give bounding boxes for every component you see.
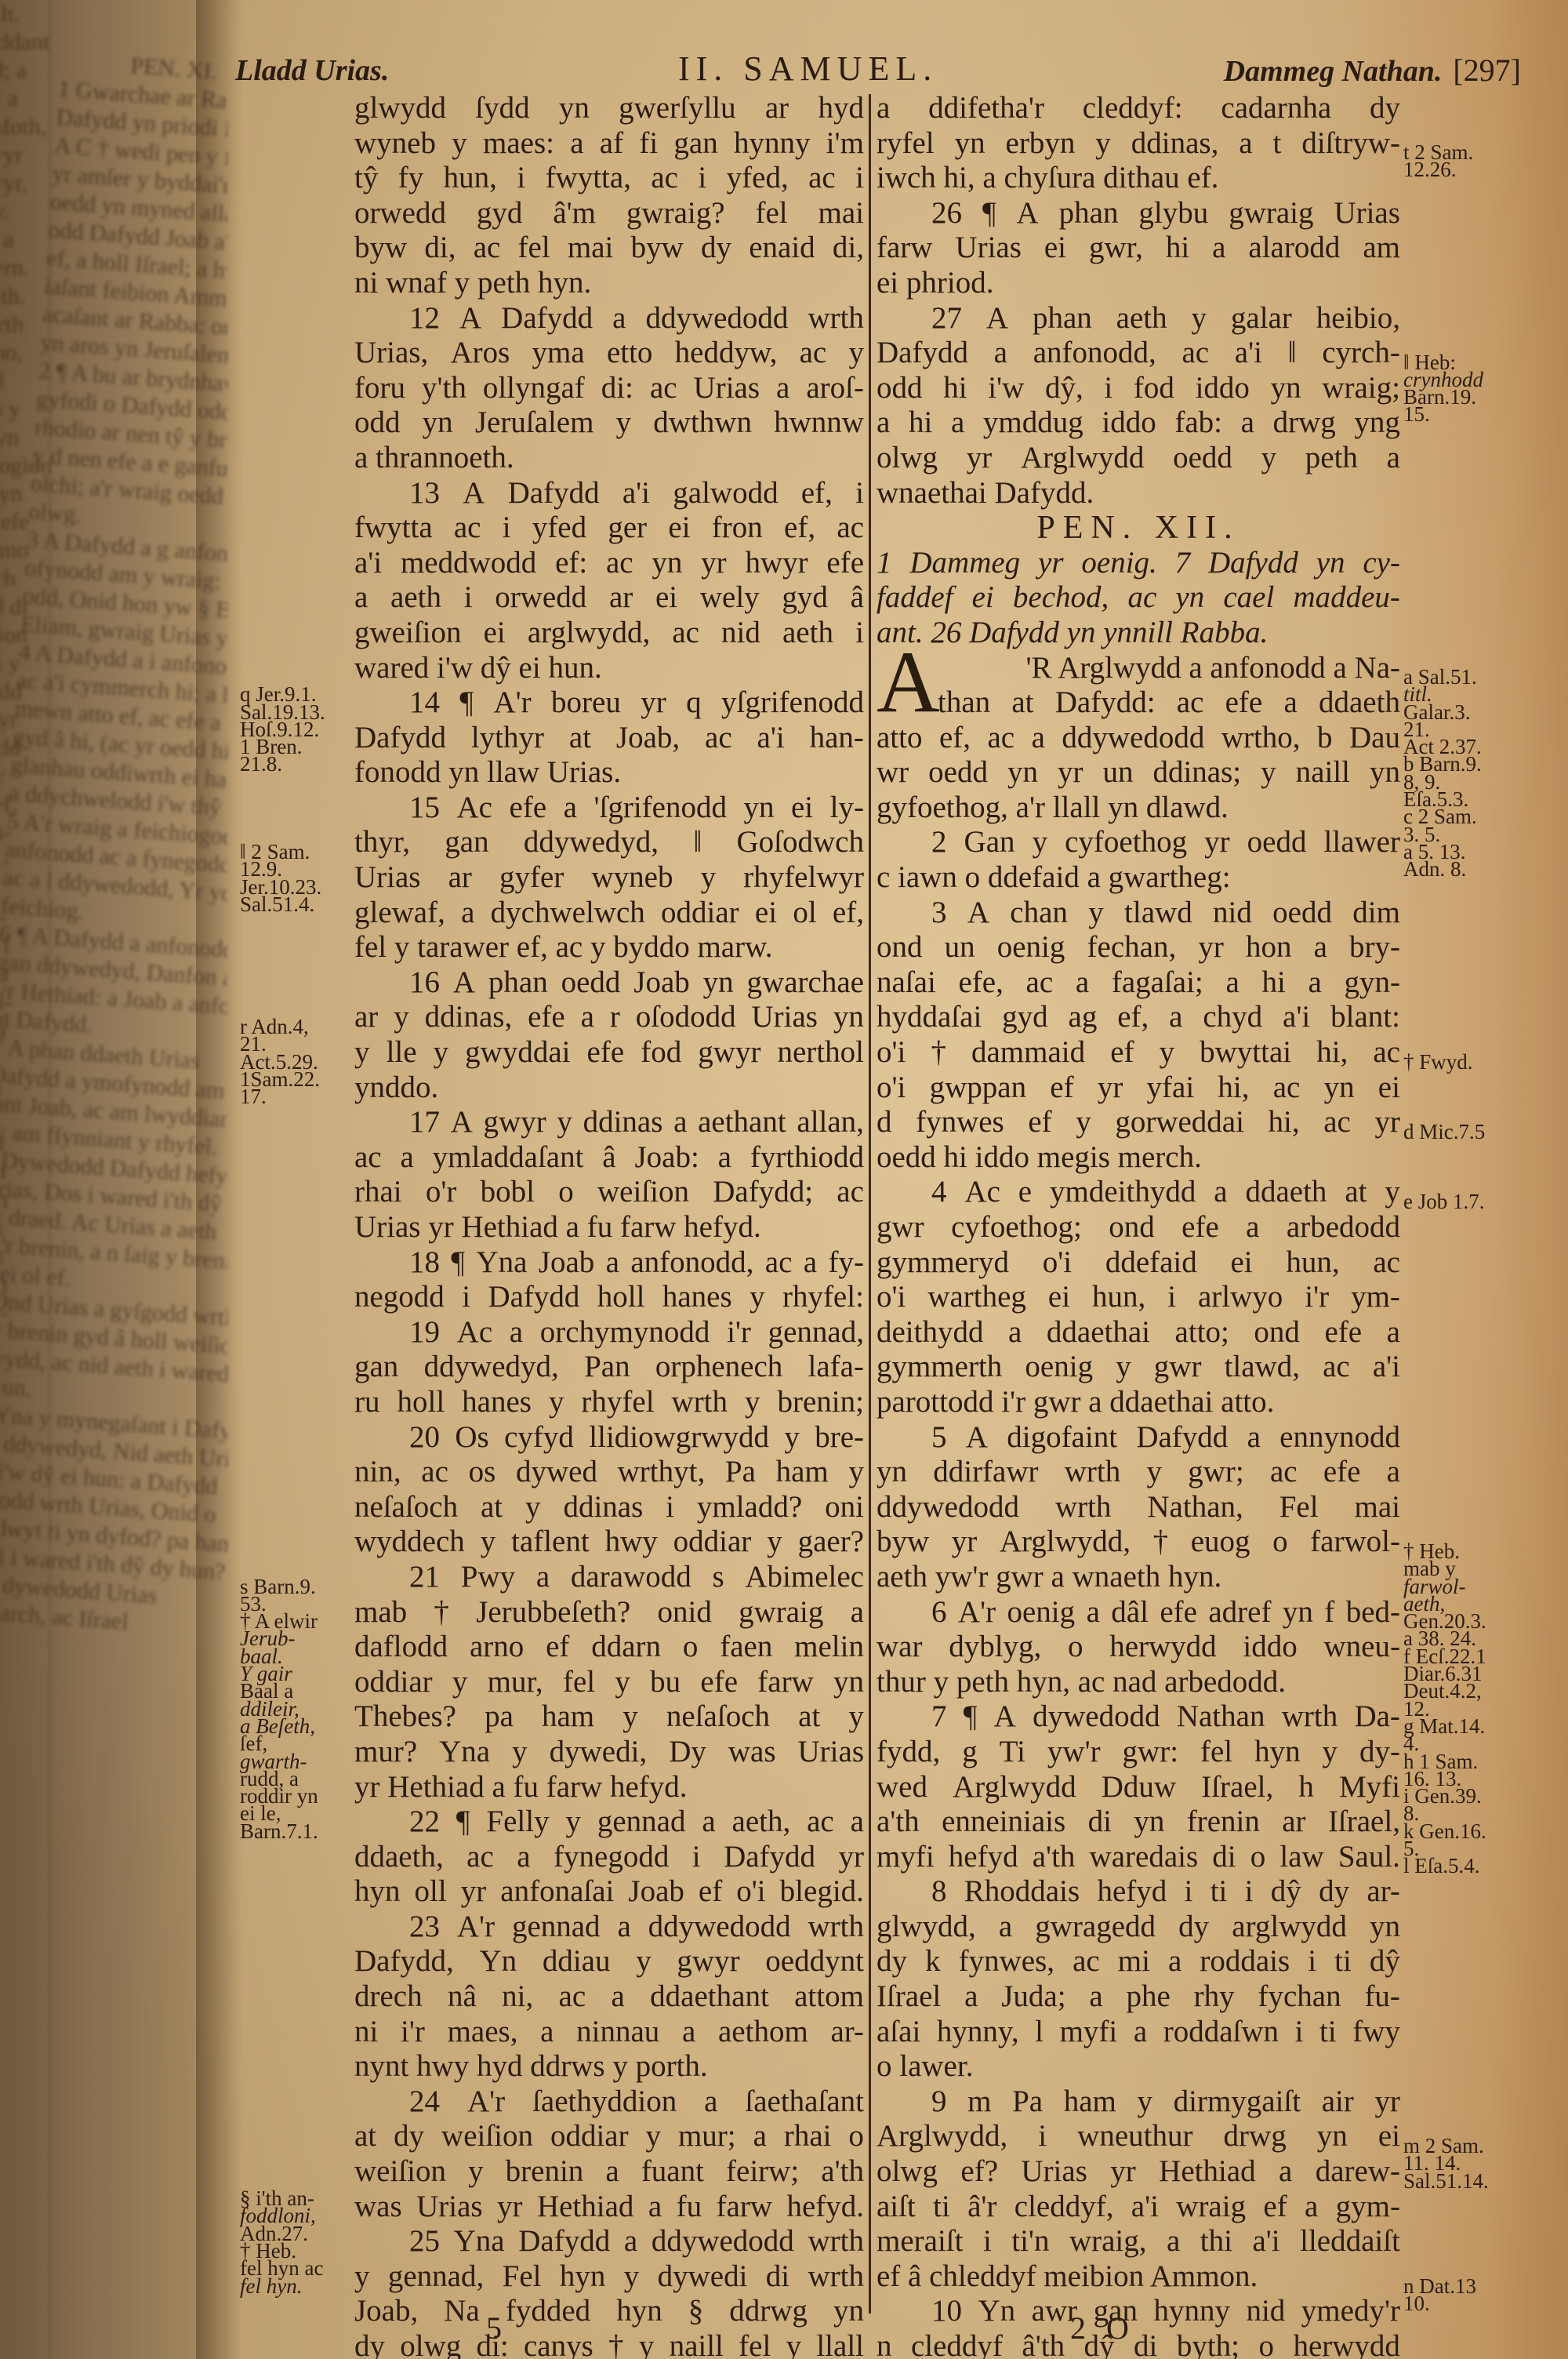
text-line: IſraelaJuda;apherhyfychanfu- [877, 1979, 1400, 2015]
text-line: 6A'roenigadâlefeadrefynfbed- [877, 1595, 1400, 1630]
text-line: 23A'rgennadaddywedoddwrth [354, 1910, 864, 1945]
text-line: drechnâni,acaddaethantattom [354, 1979, 864, 2015]
text-line: aryddinas,efearoſododdUriasyn [354, 1000, 864, 1035]
text-line: yr Hethiad a fu farw hefyd. [354, 1770, 864, 1805]
text-line: 10Ynawrganhynnynidymedy'r [877, 2294, 1400, 2329]
facing-text-fragment: wyr. [0, 198, 47, 226]
running-head-left: Lladd Urias. [235, 53, 389, 88]
text-line: 5AdigofaintDafyddaennynodd [877, 1420, 1400, 1456]
text-line: myfihefyda'thwaredaisdiolawSaul. [877, 1840, 1400, 1875]
margin-reference: Sal.51.14. [1403, 2172, 1489, 2190]
margin-reference: e Job 1.7. [1403, 1193, 1485, 1210]
text-line: ni wnaf y peth hyn. [354, 266, 864, 301]
margin-reference: fel hyn. [240, 2277, 302, 2295]
margin-reference: 10. [1403, 2295, 1430, 2312]
text-line: 15Acefea'ſgrifenoddyneily- [354, 791, 864, 826]
text-line: weiſionybreninafuantfeirw;a'th [354, 2154, 864, 2190]
chapter-heading: PEN. XII. [877, 511, 1400, 546]
facing-text-fragment: t ac a [0, 85, 47, 113]
text-line: 25YnaDafyddaddywedoddwrth [354, 2224, 864, 2259]
facing-text-fragment: cych. [0, 0, 47, 28]
text-line: oedd hi iddo megis merch. [877, 1140, 1400, 1176]
text-line: 21PwyadarawoddsAbimelec [354, 1560, 864, 1595]
text-line: foruy'thollyngafdi:acUriasaaroſ- [354, 371, 864, 406]
text-line: atdyweiſionoddiarymur;arhaio [354, 2119, 864, 2154]
text-line: a'imeddwoddef:acynyrhwyrefe [354, 546, 864, 581]
facing-text-fragment: ddyrn. [0, 254, 47, 282]
running-head-right-title: Dammeg Nathan. [1224, 55, 1443, 88]
text-line: wroeddynyrunddinas;ynaillyn [877, 755, 1400, 791]
text-line: 17Agwyryddinasaaethantallan, [354, 1105, 864, 1140]
text-line: nin,acosdywedwrthyt,Pahamy [354, 1455, 864, 1490]
text-line: fwyttaaciyfedgereifronef,ac [354, 511, 864, 546]
text-line: o'iwarthegeihun,iarlwyoi'rym- [877, 1280, 1400, 1315]
text-line: hyddaſaigydagef,achyda'iblant: [877, 1000, 1400, 1035]
text-line: o'i†dammaidefybwyttaihi,ac [877, 1035, 1400, 1070]
text-line: glewaf,adychwelwchoddiareiolef, [354, 896, 864, 931]
text-line: ddaeth,acafynegoddiDafyddyr [354, 1840, 864, 1875]
text-line: meraiſtiti'nwraig,athia'illeddaiſt [877, 2224, 1400, 2259]
text-line: Dafydd,Ynddiauygwyroeddynt [354, 1944, 864, 1979]
text-line: thur y peth hyn, ac nad arbedodd. [877, 1665, 1400, 1700]
margin-reference: Sal.51.4. [240, 896, 314, 913]
margin-reference: Adn. 8. [1403, 860, 1466, 878]
text-line: naſaiefe,acafagaſai;ahiagyn- [877, 965, 1400, 1001]
text-line: glwyddſyddyngwerſylluarhyd [354, 91, 864, 126]
text-line: iwch hi, a chyſura dithau ef. [877, 161, 1400, 196]
facing-text-fragment: ddd; a [0, 56, 47, 85]
text-line: 8Rhoddaishefyditiidŷdyar- [877, 1874, 1400, 1910]
text-line: neſaſochatyddinasiymladd?oni [354, 1490, 864, 1525]
text-line: ahiaymddugiddofab:adrwgyng [877, 405, 1400, 441]
text-line: c iawn o ddefaid a gwartheg: [877, 860, 1400, 896]
text-line: gymmerthoenigygwrtlawd,aca'i [877, 1350, 1400, 1385]
text-line: dykfynwes,acmiaroddaisitidŷ [877, 1944, 1400, 1979]
text-line: wardyblyg,oherwyddiddowneu- [877, 1630, 1400, 1665]
text-line: aiſttiâ'rcleddyf,a'iwraigefagym- [877, 2190, 1400, 2225]
text-line: addifetha'rcleddyf:cadarnhady [877, 91, 1400, 126]
text-line: 12ADafyddaddywedoddwrth [354, 301, 864, 336]
text-line: 27Aphanaethygalarheibio, [877, 301, 1400, 336]
text-line: fydd,gTiyw'rgwr:felhynydy- [877, 1735, 1400, 1770]
margin-reference: 12.26. [1403, 161, 1457, 178]
margin-reference: 15. [1403, 405, 1430, 423]
margin-reference: 17. [240, 1088, 267, 1105]
margin-reference: Barn.7.1. [240, 1823, 318, 1840]
right-text-column: addifetha'rcleddyf:cadarnhadyryfelynerby… [877, 91, 1400, 2359]
text-line: dyolwgdi:canys†ynaillfelyllall [354, 2329, 864, 2359]
text-line: Urias yr Hethiad a fu farw hefyd. [354, 1210, 864, 1245]
text-line: aſaihynny,lmyfiaroddaſwnitifwy [877, 2015, 1400, 2050]
facing-text-fragment: haeth. [0, 282, 47, 311]
text-line: ncleddyfâ'thdŷdibyth;oherwydd [877, 2329, 1400, 2359]
text-line: wyddechytaflenthwyoddiarygaer? [354, 1525, 864, 1560]
text-line: ynddo. [354, 1070, 864, 1106]
text-line: Thebes?pahamyneſaſochaty [354, 1699, 864, 1735]
text-line: ganddywedyd,Panorphenechlafa- [354, 1350, 864, 1385]
text-line: gweiſioneiarglwydd,acnidaethi [354, 616, 864, 651]
text-line: orweddgydâ'mgwraig?felmai [354, 196, 864, 231]
facing-page: cych.wyddantddd; at ac aychfoth,o wyro w… [0, 0, 227, 2359]
text-line: nii'rmaes,aninnauaaethomar- [354, 2015, 864, 2050]
text-line: ylleygwyddaiefefodgwyrnerthol [354, 1035, 864, 1070]
text-line: acaymladdaſantâJoab:afyrthiodd [354, 1140, 864, 1176]
text-line: 7¶AdywedoddNathanwrthDa- [877, 1699, 1400, 1735]
text-line: deithyddaddaethaiatto;ondefea [877, 1315, 1400, 1350]
text-line: o'igwppanefyryfaihi,acynei [877, 1070, 1400, 1106]
text-line: a'thenneiniaisdiynfreninarIſrael, [877, 1805, 1400, 1840]
margin-reference: † Fwyd. [1403, 1053, 1473, 1070]
text-line: wedArglwyddDduwIſrael,hMyfi [877, 1770, 1400, 1805]
facing-text-fragment: ychfoth, [0, 113, 47, 141]
facing-text-fragment: wyddant [0, 28, 47, 56]
text-line: wared i'w dŷ ei hun. [354, 651, 864, 686]
text-line: dafloddarnoefddarnofaenmelin [354, 1630, 864, 1665]
text-line: ruhollhanesyrhyfelwrthybrenin; [354, 1385, 864, 1420]
text-line: negoddiDafyddhollhanesyrhyfel: [354, 1280, 864, 1315]
text-line: 9mPahamydirmygaiſtairyr [877, 2085, 1400, 2120]
text-line: bywdi,acfelmaibywdyenaiddi, [354, 231, 864, 266]
margin-reference: d Mic.7.5 [1403, 1123, 1485, 1140]
text-line: wynebymaes:aaffiganhynnyi'm [354, 126, 864, 162]
signature-mark-left: 5 [486, 2310, 502, 2346]
text-line: olwgyrArglwyddoeddypetha [877, 441, 1400, 476]
text-line: mab†Jerubbeſeth?onidgwraiga [354, 1595, 864, 1630]
text-line: Uriasargyferwynebyrhyfelwyr [354, 860, 864, 896]
text-line: 3Achanytlawdnidoedddim [877, 896, 1400, 931]
facing-text-fragment: worth [0, 311, 47, 339]
text-line: parottodd i'r gwr a ddaethai atto. [877, 1385, 1400, 1420]
text-line: gwrcyfoethog;ondefeaarbedodd [877, 1210, 1400, 1245]
text-line: fel y tarawer ef, ac y byddo marw. [354, 930, 864, 965]
text-line: 13ADafydda'igalwoddef,i [354, 476, 864, 511]
text-line: hynollyranfonaſaiJoabefo'iblegid. [354, 1874, 864, 1910]
text-line: oddhii'wdŷ,ifodiddoynwraig; [877, 371, 1400, 406]
text-line: nynt hwy hyd ddrws y porth. [354, 2049, 864, 2085]
margin-reference: l Eſa.5.4. [1403, 1857, 1479, 1874]
text-line: 2Ganycyfoethogyroeddllawer [877, 825, 1400, 860]
chapter-summary-line: 1Dammegyroenig.7Dafyddyncy- [877, 546, 1400, 581]
text-line: ef â chleddyf meibion Ammon. [877, 2259, 1400, 2295]
text-line: ynddirfawrwrthygwr;acefea [877, 1455, 1400, 1490]
text-line: 19Acaorchymynoddi'rgennad, [354, 1315, 864, 1350]
text-line: 4Aceymdeithyddaddaethaty [877, 1175, 1400, 1210]
facing-text-fragment: o wyr [0, 141, 47, 169]
text-line: olwgef?UriasyrHethiadadarew- [877, 2154, 1400, 2190]
column-divider-rule [869, 94, 871, 2314]
text-line: thanatDafydd:acefeaddaeth [877, 685, 1400, 721]
text-line: o lawer. [877, 2049, 1400, 2085]
text-line: Arglwydd,iwneuthurdrwgynei [877, 2119, 1400, 2154]
text-line: gymmerydo'iddefaideihun,ac [877, 1245, 1400, 1281]
text-line: oddiarymur,felybuefefarwyn [354, 1665, 864, 1700]
text-line: wnaethai Dafydd. [877, 476, 1400, 511]
text-line: glwydd,agwragedddyarglwyddyn [877, 1910, 1400, 1945]
signature-mark-right: 2 O [1070, 2310, 1135, 2346]
running-head: Lladd Urias. II. SAMUEL. Dammeg Nathan.[… [235, 49, 1521, 93]
running-head-right: Dammeg Nathan.[297] [1224, 52, 1521, 89]
text-line: 18¶YnaJoabaanfonodd,acafy- [354, 1245, 864, 1281]
text-line: dfynwesefygorweddaihi,acyr [877, 1105, 1400, 1140]
text-line: 16AphanoeddJoabyngwarchae [354, 965, 864, 1001]
text-line: DafyddlythyratJoab,aca'ihan- [354, 721, 864, 756]
text-line: ryfelynerbynyddinas,atdiſtryw- [877, 126, 1400, 162]
chapter-summary-line: ant. 26 Dafydd yn ynnill Rabba. [877, 616, 1400, 651]
page-number: [297] [1453, 53, 1521, 88]
margin-reference: 21.8. [240, 755, 282, 772]
text-line: aaethiorweddareiwelygydâ [354, 580, 864, 616]
text-line: wasUriasyrHethiadafufarwhefyd. [354, 2190, 864, 2225]
text-line: farwUriaseigwr,hiaalaroddam [877, 231, 1400, 266]
left-text-column: glwyddſyddyngwerſylluarhydwynebymaes:aaf… [354, 91, 864, 2359]
text-line: attoef,acaddywedoddwrtho,bDau [877, 721, 1400, 756]
text-line: A'R Arglwydd a anfonodd a Na- [877, 651, 1400, 686]
text-line: gyfoethog, a'r llall yn dlawd. [877, 791, 1400, 826]
text-line: bywyrArglwydd,†euogofarwol- [877, 1525, 1400, 1560]
facing-text-fragment: efe a [0, 226, 47, 254]
text-line: oddynJeruſalemydwthwnhwnnw [354, 405, 864, 441]
text-line: Joab,Nafyddedhyn§ddrwgyn [354, 2294, 864, 2329]
text-line: aeth yw'r gwr a wnaeth hyn. [877, 1560, 1400, 1595]
book-gutter-shadow [196, 0, 243, 2359]
text-line: ddywedoddwrthNathan,Felmai [877, 1490, 1400, 1525]
text-line: tŷfyhun,ifwytta,aciyfed,aci [354, 161, 864, 196]
text-line: 24A'rſaethyddionaſaethaſant [354, 2085, 864, 2120]
text-line: mur?Ynaydywedi,DywasUrias [354, 1735, 864, 1770]
text-line: a thrannoeth. [354, 441, 864, 476]
book-title: II. SAMUEL. [678, 49, 938, 89]
text-line: 14¶A'rboreuyrqyſgrifenodd [354, 685, 864, 721]
text-line: fonodd yn llaw Urias. [354, 755, 864, 791]
text-line: ei phriod. [877, 266, 1400, 301]
text-line: rhaio'rbobloweiſionDafydd;ac [354, 1175, 864, 1210]
text-line: Urias,Arosymaettoheddyw,acy [354, 336, 864, 371]
facing-text-fragment: o wyr, [0, 169, 47, 198]
text-line: 20Oscyfydllidiowgrwyddybre- [354, 1420, 864, 1456]
drop-cap: A [877, 651, 940, 686]
chapter-summary-line: faddefeibechod,acyncaelmaddeu- [877, 580, 1400, 616]
text-line: 26¶AphanglybugwraigUrias [877, 196, 1400, 231]
text-line: 22¶Fellyygennadaaeth,aca [354, 1805, 864, 1840]
text-line: ondunoenigfechan,yrhonabry- [877, 930, 1400, 965]
text-line: ygennad,Felhynydywedidiwrth [354, 2259, 864, 2295]
text-line: thyr,ganddywedyd,‖Goſodwch [354, 825, 864, 860]
text-line: Dafyddaanfonodd,aca'i‖cyrch- [877, 336, 1400, 371]
